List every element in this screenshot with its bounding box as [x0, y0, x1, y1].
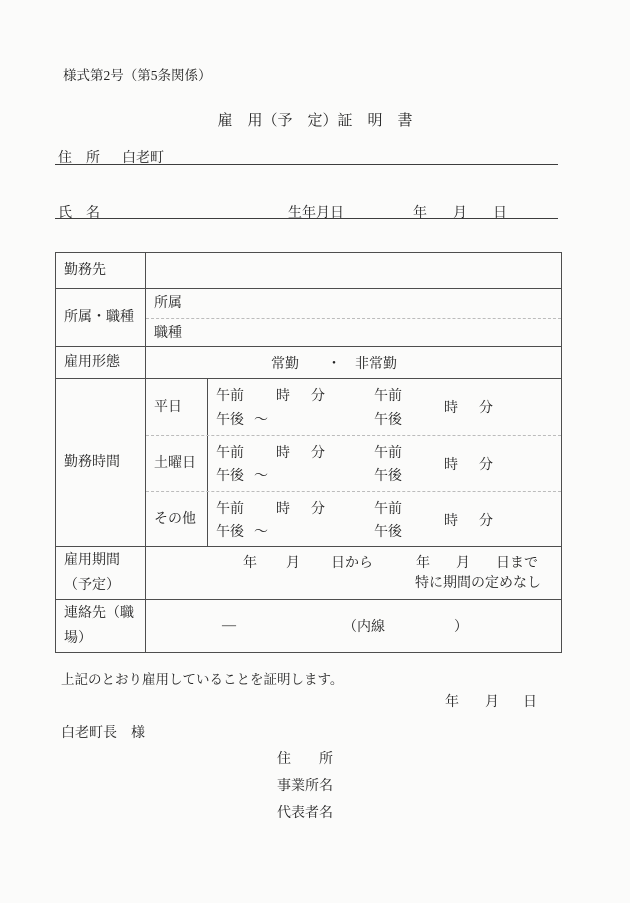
employment-type-value-cell: 常勤 ・ 非常勤 [146, 347, 561, 378]
minute-label: 分 [479, 454, 493, 474]
work-hours-label-cell: 勤務時間 [56, 379, 146, 546]
workplace-value-cell [146, 253, 561, 288]
other-time-cell: 午前 時 分 午前 午後 ～ 午後 時 分 [208, 492, 561, 547]
am-label: 午前 [374, 385, 402, 405]
hour-label: 時 [276, 385, 290, 405]
work-hours-value-cell: 平日 午前 時 分 午前 午後 ～ 午後 時 分 [146, 379, 561, 546]
period-year-from-label: 年 [243, 552, 257, 572]
am-label: 午前 [216, 385, 244, 405]
name-label: 氏 名 [58, 202, 100, 222]
am-label: 午前 [216, 442, 244, 462]
hour-label: 時 [444, 510, 458, 530]
jobtype-label: 職種 [154, 321, 182, 346]
employment-certificate-form: 様式第2号（第5条関係） 雇 用（予 定）証 明 書 住 所 白老町 氏 名 生… [0, 0, 630, 903]
pm-label: 午後 [216, 409, 244, 429]
footer-year-label: 年 [445, 691, 459, 711]
birth-day-label: 日 [493, 202, 507, 222]
employment-period-value-cell: 年 月 日から 年 月 日まで 特に期間の定めなし [146, 547, 561, 599]
addressee: 白老町長 様 [61, 722, 145, 742]
saturday-label-cell: 土曜日 [146, 436, 208, 491]
name-underline [55, 218, 558, 219]
certification-statement: 上記のとおり雇用していることを証明します。 [61, 668, 343, 688]
birth-year-label: 年 [413, 202, 427, 222]
affiliation-label: 所属・職種 [64, 305, 134, 330]
footer-month-label: 月 [485, 691, 499, 711]
am-label: 午前 [374, 442, 402, 462]
am-label: 午前 [374, 498, 402, 518]
signature-address-label: 住 所 [277, 748, 333, 768]
pm-label: 午後 [374, 521, 402, 541]
form-number: 様式第2号（第5条関係） [63, 64, 212, 84]
contact-label-cell: 連絡先（職 場） [56, 600, 146, 652]
page-title: 雇 用（予 定）証 明 書 [0, 109, 630, 130]
period-month-from-label: 月 [286, 552, 300, 572]
employment-type-options: 常勤 ・ 非常勤 [271, 353, 397, 373]
weekday-hours-subrow: 平日 午前 時 分 午前 午後 ～ 午後 時 分 [146, 379, 561, 435]
affiliation-row: 所属・職種 所属 職種 [56, 288, 561, 346]
minute-label: 分 [311, 385, 325, 405]
am-label: 午前 [216, 498, 244, 518]
contact-label: 連絡先（職 場） [64, 601, 134, 651]
workplace-row: 勤務先 [56, 253, 561, 288]
other-label: その他 [154, 507, 196, 532]
no-fixed-period-note: 特に期間の定めなし [415, 572, 541, 592]
pm-label: 午後 [216, 521, 244, 541]
period-day-from-label: 日から [331, 552, 373, 572]
pm-label: 午後 [216, 465, 244, 485]
period-year-to-label: 年 [416, 552, 430, 572]
extension-close-label: ） [454, 616, 468, 636]
minute-label: 分 [311, 498, 325, 518]
contact-value-cell: ― （内線 ） [146, 600, 561, 652]
saturday-hours-subrow: 土曜日 午前 時 分 午前 午後 ～ 午後 時 分 [146, 435, 561, 491]
employment-details-table: 勤務先 所属・職種 所属 職種 雇用形態 常勤 [55, 252, 562, 653]
employment-type-label-cell: 雇用形態 [56, 347, 146, 378]
pm-label: 午後 [374, 465, 402, 485]
other-label-cell: その他 [146, 492, 208, 547]
workplace-label: 勤務先 [64, 258, 106, 283]
signature-representative-label: 代表者名 [277, 802, 333, 822]
weekday-label-cell: 平日 [146, 379, 208, 435]
department-subrow: 所属 [146, 289, 561, 318]
signature-business-name-label: 事業所名 [277, 775, 333, 795]
work-hours-row: 勤務時間 平日 午前 時 分 午前 午後 ～ 午後 時 [56, 378, 561, 546]
birth-date-label: 生年月日 [288, 202, 344, 222]
employment-period-row: 雇用期間 （予定） 年 月 日から 年 月 日まで 特に期間の定めなし [56, 546, 561, 599]
hour-label: 時 [444, 454, 458, 474]
saturday-label: 土曜日 [154, 451, 196, 476]
weekday-time-cell: 午前 時 分 午前 午後 ～ 午後 時 分 [208, 379, 561, 435]
birth-month-label: 月 [453, 202, 467, 222]
hour-label: 時 [276, 442, 290, 462]
address-underline [55, 164, 558, 165]
hour-label: 時 [276, 498, 290, 518]
contact-row: 連絡先（職 場） ― （内線 ） [56, 599, 561, 652]
employment-period-label-cell: 雇用期間 （予定） [56, 547, 146, 599]
footer-day-label: 日 [523, 691, 537, 711]
affiliation-value-cell: 所属 職種 [146, 289, 561, 346]
affiliation-label-cell: 所属・職種 [56, 289, 146, 346]
minute-label: 分 [311, 442, 325, 462]
period-month-to-label: 月 [456, 552, 470, 572]
workplace-label-cell: 勤務先 [56, 253, 146, 288]
hour-label: 時 [444, 397, 458, 417]
extension-open-label: （内線 [343, 616, 385, 636]
phone-dash: ― [222, 618, 236, 634]
employment-period-label: 雇用期間 （予定） [64, 548, 120, 598]
employment-type-row: 雇用形態 常勤 ・ 非常勤 [56, 346, 561, 378]
pm-label: 午後 [374, 409, 402, 429]
period-day-to-label: 日まで [496, 552, 538, 572]
tilde-separator: ～ [254, 409, 268, 429]
tilde-separator: ～ [254, 521, 268, 541]
weekday-label: 平日 [154, 395, 182, 420]
saturday-time-cell: 午前 時 分 午前 午後 ～ 午後 時 分 [208, 436, 561, 491]
other-hours-subrow: その他 午前 時 分 午前 午後 ～ 午後 時 分 [146, 491, 561, 547]
minute-label: 分 [479, 510, 493, 530]
work-hours-label: 勤務時間 [64, 450, 120, 475]
jobtype-subrow: 職種 [146, 318, 561, 347]
employment-type-label: 雇用形態 [64, 350, 120, 375]
minute-label: 分 [479, 397, 493, 417]
tilde-separator: ～ [254, 465, 268, 485]
department-label: 所属 [154, 291, 182, 316]
